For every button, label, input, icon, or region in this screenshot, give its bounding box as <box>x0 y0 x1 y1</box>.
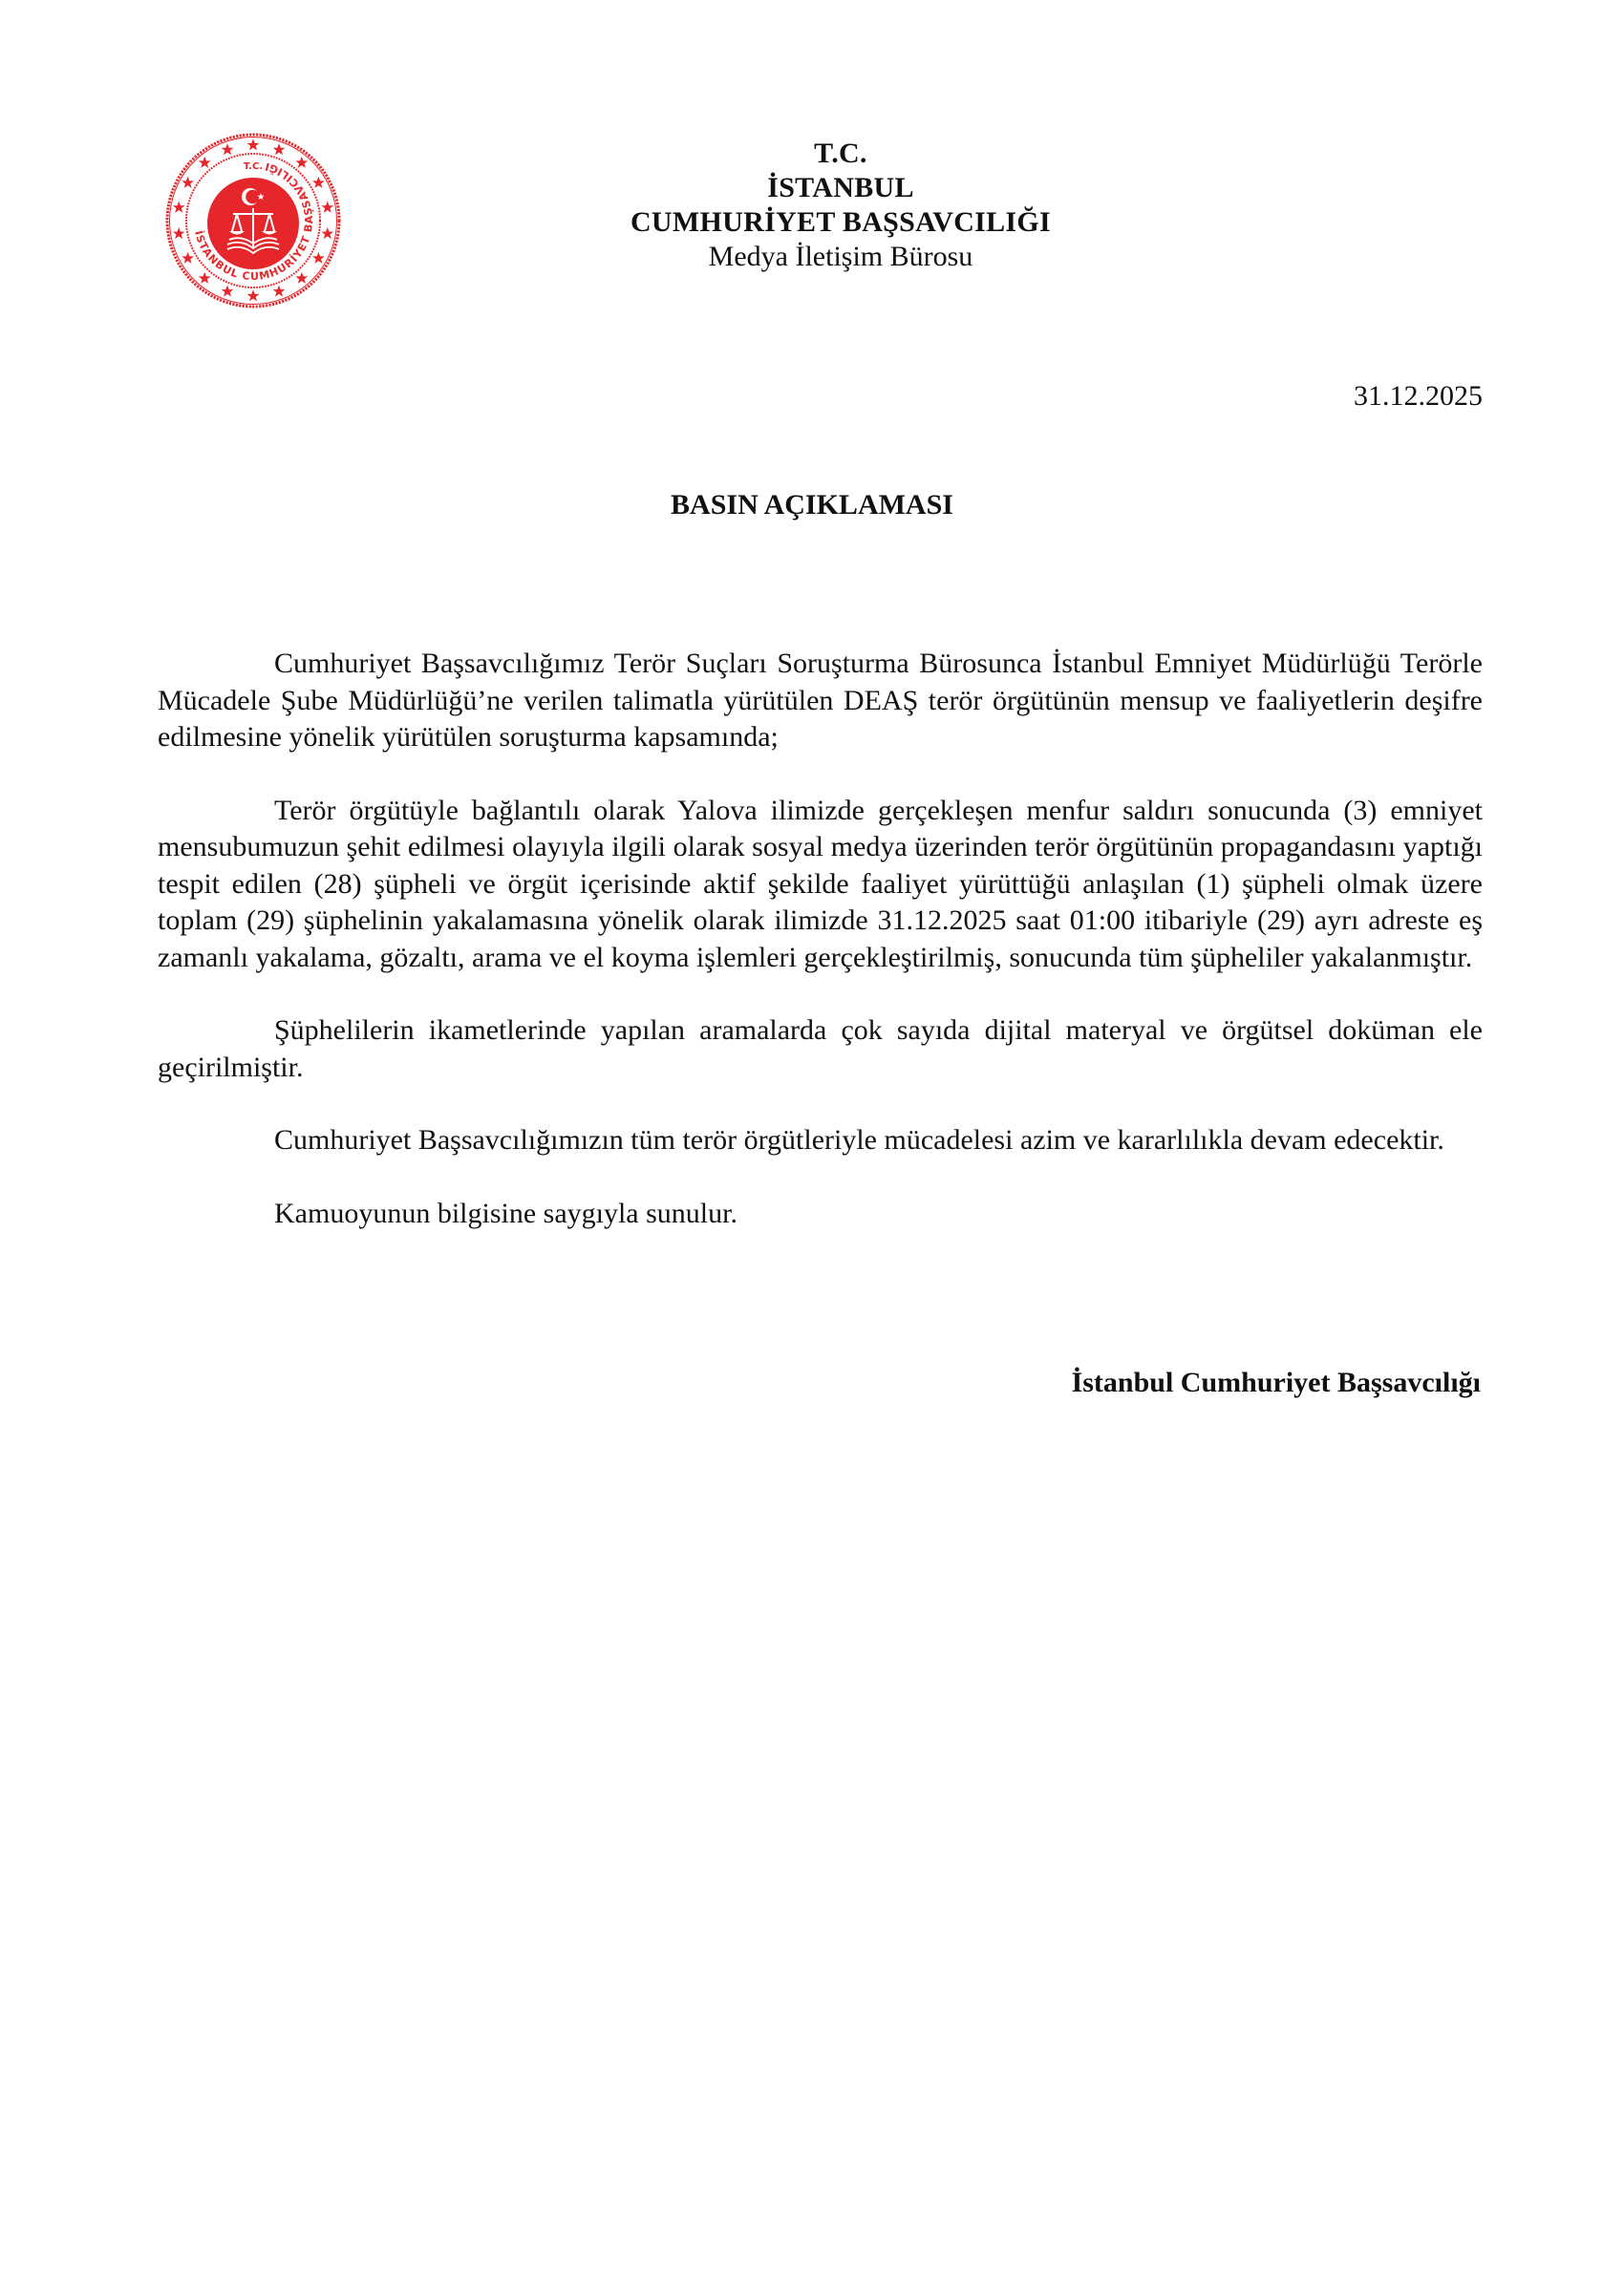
header-institution: CUMHURİYET BAŞSAVCILIĞI <box>478 205 1204 240</box>
svg-text:T.C.: T.C. <box>244 161 263 172</box>
header-tc: T.C. <box>478 137 1204 171</box>
document-body: Cumhuriyet Başsavcılığımız Terör Suçları… <box>158 646 1483 1268</box>
document-title: BASIN AÇIKLAMASI <box>0 488 1624 522</box>
body-paragraph: Kamuoyunun bilgisine saygıyla sunulur. <box>158 1196 1483 1233</box>
header-office: Medya İletişim Bürosu <box>478 240 1204 274</box>
body-paragraph: Şüphelilerin ikametlerinde yapılan arama… <box>158 1012 1483 1086</box>
istanbul-cumhuriyet-bassavciligi-seal-icon: İSTANBUL CUMHURİYET BAŞSAVCILIĞI T.C. <box>164 132 342 309</box>
seal-logo: İSTANBUL CUMHURİYET BAŞSAVCILIĞI T.C. <box>164 132 342 309</box>
document-header: T.C. İSTANBUL CUMHURİYET BAŞSAVCILIĞI Me… <box>478 137 1204 274</box>
body-paragraph: Cumhuriyet Başsavcılığımızın tüm terör ö… <box>158 1122 1483 1159</box>
signature: İstanbul Cumhuriyet Başsavcılığı <box>1072 1366 1481 1400</box>
body-paragraph: Cumhuriyet Başsavcılığımız Terör Suçları… <box>158 646 1483 756</box>
document-date: 31.12.2025 <box>1354 379 1483 414</box>
body-paragraph: Terör örgütüyle bağlantılı olarak Yalova… <box>158 793 1483 977</box>
header-city: İSTANBUL <box>478 171 1204 205</box>
